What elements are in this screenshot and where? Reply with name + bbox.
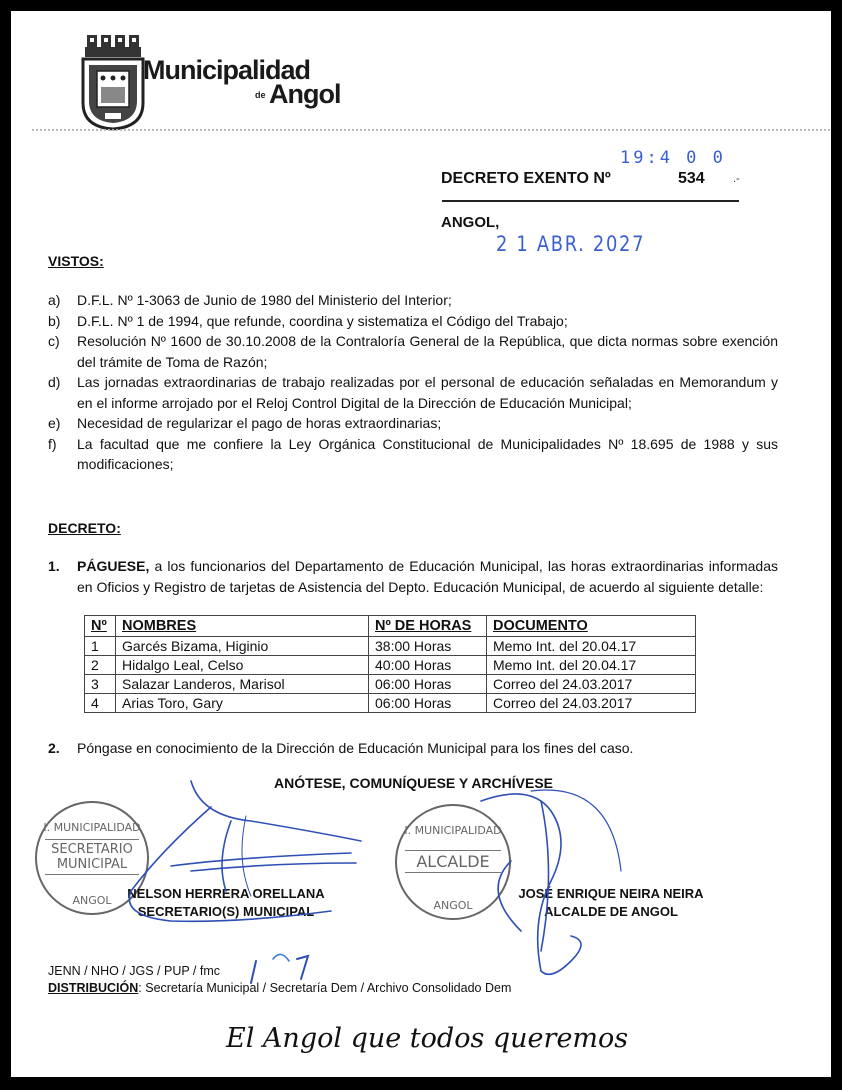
logo-de: de (255, 90, 266, 100)
seal-middle-text: SECRETARIO MUNICIPAL (45, 839, 139, 875)
cell-number: 3 (85, 675, 116, 694)
seal-bottom-text: ANGOL (397, 899, 509, 912)
cell-number: 1 (85, 637, 116, 656)
cell-hours: 40:00 Horas (369, 656, 487, 675)
table-row: 3 Salazar Landeros, Marisol 06:00 Horas … (85, 675, 696, 694)
cell-number: 2 (85, 656, 116, 675)
decree-title: DECRETO EXENTO Nº (441, 170, 611, 188)
slogan: El Angol que todos queremos (226, 1023, 628, 1054)
place-label: ANGOL, (441, 214, 499, 231)
article-number: 1. (48, 556, 77, 597)
cell-hours: 06:00 Horas (369, 675, 487, 694)
closing-formula: ANÓTESE, COMUNÍQUESE Y ARCHÍVESE (274, 775, 553, 791)
decree-number-suffix: .- (733, 173, 740, 185)
item-label: a) (48, 290, 77, 311)
article-number: 2. (48, 738, 77, 759)
seal-middle-line2: MUNICIPAL (45, 857, 139, 872)
col-header-number: Nº (85, 616, 116, 637)
header-divider (31, 128, 831, 132)
date-stamp: 2 1 ABR. 2027 (496, 232, 645, 256)
vistos-item: a)D.F.L. Nº 1-3063 de Junio de 1980 del … (48, 290, 778, 311)
vistos-list: a)D.F.L. Nº 1-3063 de Junio de 1980 del … (48, 290, 778, 475)
item-label: c) (48, 331, 77, 372)
vistos-item: f)La facultad que me confiere la Ley Org… (48, 434, 778, 475)
item-text: La facultad que me confiere la Ley Orgán… (77, 434, 778, 475)
table-header-row: Nº NOMBRES Nº DE HORAS DOCUMENTO (85, 616, 696, 637)
cell-number: 4 (85, 694, 116, 713)
table-row: 2 Hidalgo Leal, Celso 40:00 Horas Memo I… (85, 656, 696, 675)
cell-document: Correo del 24.03.2017 (487, 694, 696, 713)
seal-top-text: I. MUNICIPALIDAD (37, 821, 147, 834)
vistos-item: d)Las jornadas extraordinarias de trabaj… (48, 372, 778, 413)
article-text: Póngase en conocimiento de la Dirección … (77, 738, 778, 759)
logo-subtitle: Angol (269, 79, 340, 110)
item-text: D.F.L. Nº 1-3063 de Junio de 1980 del Mi… (77, 290, 778, 311)
decree-underline (442, 200, 739, 202)
table-row: 1 Garcés Bizama, Higinio 38:00 Horas Mem… (85, 637, 696, 656)
seal-middle-line1: SECRETARIO (45, 842, 139, 857)
vistos-item: c)Resolución Nº 1600 de 30.10.2008 de la… (48, 331, 778, 372)
cell-document: Memo Int. del 20.04.17 (487, 656, 696, 675)
cell-document: Memo Int. del 20.04.17 (487, 637, 696, 656)
vistos-item: b)D.F.L. Nº 1 de 1994, que refunde, coor… (48, 311, 778, 332)
signer-role: ALCALDE DE ANGOL (501, 903, 721, 921)
table-row: 4 Arias Toro, Gary 06:00 Horas Correo de… (85, 694, 696, 713)
distribution-text: : Secretaría Municipal / Secretaría Dem … (138, 981, 511, 995)
coat-of-arms-icon (81, 33, 145, 131)
item-label: d) (48, 372, 77, 413)
seal-middle-text: ALCALDE (405, 850, 501, 873)
article-1: 1. PÁGUESE, a los funcionarios del Depar… (48, 556, 778, 597)
time-stamp: 19:4 0 0 (620, 148, 726, 168)
article-text: a los funcionarios del Departamento de E… (77, 558, 778, 595)
item-text: Las jornadas extraordinarias de trabajo … (77, 372, 778, 413)
signer-name: JOSÉ ENRIQUE NEIRA NEIRA (501, 885, 721, 903)
item-text: Resolución Nº 1600 de 30.10.2008 de la C… (77, 331, 778, 372)
overtime-table: Nº NOMBRES Nº DE HORAS DOCUMENTO 1 Garcé… (84, 615, 696, 713)
cell-document: Correo del 24.03.2017 (487, 675, 696, 694)
vistos-heading: VISTOS: (48, 253, 104, 269)
cell-name: Garcés Bizama, Higinio (116, 637, 369, 656)
mayor-signature-block: JOSÉ ENRIQUE NEIRA NEIRA ALCALDE DE ANGO… (501, 885, 721, 921)
distribution-label: DISTRIBUCIÓN (48, 981, 138, 995)
decree-number: 534 (678, 170, 705, 188)
signer-name: NELSON HERRERA ORELLANA (121, 885, 331, 903)
cell-hours: 06:00 Horas (369, 694, 487, 713)
cell-name: Arias Toro, Gary (116, 694, 369, 713)
item-label: f) (48, 434, 77, 475)
item-label: e) (48, 413, 77, 434)
secretary-signature-block: NELSON HERRERA ORELLANA SECRETARIO(S) MU… (121, 885, 331, 921)
cell-name: Hidalgo Leal, Celso (116, 656, 369, 675)
col-header-document: DOCUMENTO (487, 616, 696, 637)
distribution-line: DISTRIBUCIÓN: Secretaría Municipal / Sec… (48, 981, 511, 995)
article-lead: PÁGUESE, (77, 558, 149, 574)
col-header-names: NOMBRES (116, 616, 369, 637)
vistos-item: e)Necesidad de regularizar el pago de ho… (48, 413, 778, 434)
article-2: 2. Póngase en conocimiento de la Direcci… (48, 738, 778, 759)
seal-top-text: I. MUNICIPALIDAD (397, 824, 509, 837)
initials-line: JENN / NHO / JGS / PUP / fmc (48, 964, 220, 978)
cell-name: Salazar Landeros, Marisol (116, 675, 369, 694)
item-text: Necesidad de regularizar el pago de hora… (77, 413, 778, 434)
signer-role: SECRETARIO(S) MUNICIPAL (121, 903, 331, 921)
cell-hours: 38:00 Horas (369, 637, 487, 656)
col-header-hours: Nº DE HORAS (369, 616, 487, 637)
item-text: D.F.L. Nº 1 de 1994, que refunde, coordi… (77, 311, 778, 332)
decreto-heading: DECRETO: (48, 520, 121, 536)
mayor-seal: I. MUNICIPALIDAD ALCALDE ANGOL (395, 804, 511, 920)
document-page: Municipalidad de Angol 19:4 0 0 DECRETO … (11, 11, 831, 1077)
item-label: b) (48, 311, 77, 332)
